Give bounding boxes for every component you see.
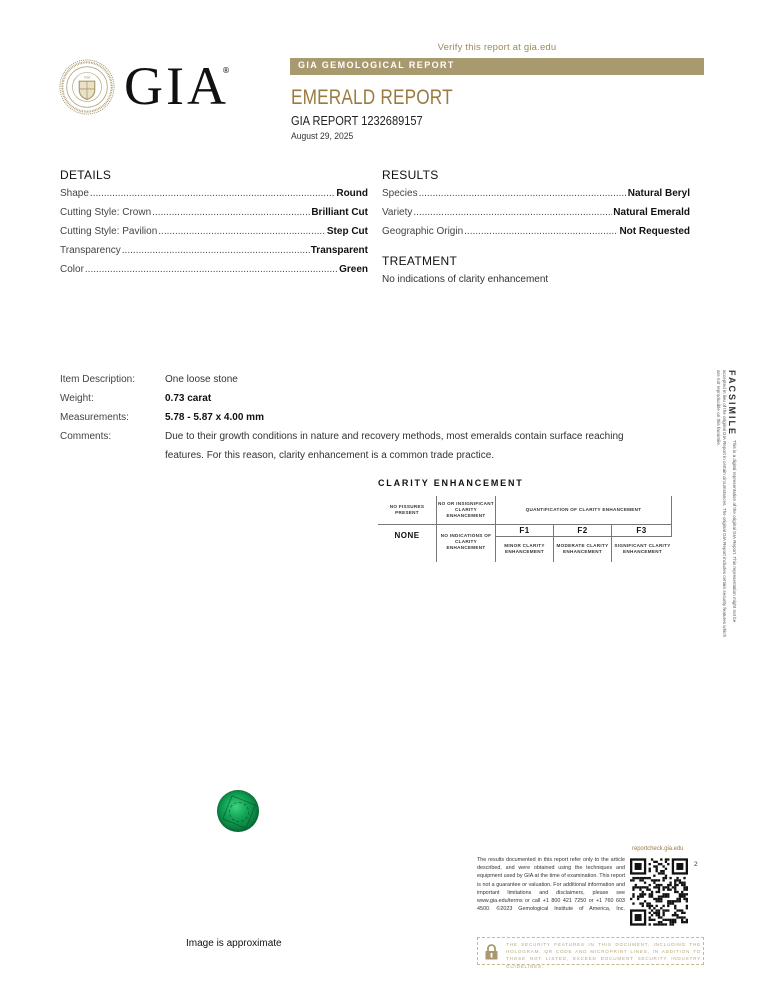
grade-f1-desc: MINOR CLARITY ENHANCEMENT <box>498 538 551 560</box>
result-value: Natural Emerald <box>613 207 690 218</box>
item-row-comments: Comments: Due to their growth conditions… <box>60 427 680 446</box>
item-label: Weight: <box>60 389 165 408</box>
results-title: RESULTS <box>382 168 690 182</box>
item-value: features. For this reason, clarity enhan… <box>165 446 494 465</box>
details-title: DETAILS <box>60 168 368 182</box>
treatment-title: TREATMENT <box>382 254 690 268</box>
seal-icon: GIA <box>58 58 116 116</box>
leader-dots <box>122 245 310 256</box>
detail-label: Cutting Style: Pavilion <box>60 226 157 237</box>
treatment-section: TREATMENT No indications of clarity enha… <box>382 254 690 285</box>
verify-link[interactable]: Verify this report at gia.edu <box>290 42 704 53</box>
detail-label: Shape <box>60 188 89 199</box>
treatment-text: No indications of clarity enhancement <box>382 274 690 285</box>
clarity-table: NO FISSURES PRESENT NO OR INSIGNIFICANT … <box>378 496 672 562</box>
item-label: Item Description: <box>60 370 165 389</box>
detail-row-color: ColorGreen <box>60 264 368 283</box>
item-row-description: Item Description: One loose stone <box>60 370 680 389</box>
facsimile-title: FACSIMILE <box>727 370 737 436</box>
detail-label: Cutting Style: Crown <box>60 207 151 218</box>
reportcheck-link[interactable]: reportcheck.gia.edu <box>632 845 683 852</box>
security-notice: THE SECURITY FEATURES IN THIS DOCUMENT, … <box>477 937 704 965</box>
leader-dots <box>464 226 618 237</box>
detail-label: Color <box>60 264 84 275</box>
detail-value: Brilliant Cut <box>311 207 368 218</box>
security-text: THE SECURITY FEATURES IN THIS DOCUMENT, … <box>506 941 701 970</box>
detail-value: Step Cut <box>327 226 368 237</box>
item-value: One loose stone <box>165 370 238 389</box>
header-no-enhancement: NO OR INSIGNIFICANT CLARITY ENHANCEMENT <box>437 496 495 524</box>
qr-number: 2 <box>694 861 698 868</box>
leader-dots <box>413 207 612 218</box>
gia-seal-logo: GIA <box>58 58 116 116</box>
grade-f2-desc: MODERATE CLARITY ENHANCEMENT <box>556 538 609 560</box>
item-value: 0.73 carat <box>165 389 211 408</box>
report-title: EMERALD REPORT <box>291 86 453 110</box>
header-quantification: QUANTIFICATION OF CLARITY ENHANCEMENT <box>496 496 671 524</box>
detail-value: Round <box>336 188 368 199</box>
result-label: Variety <box>382 207 412 218</box>
detail-row-shape: ShapeRound <box>60 188 368 207</box>
detail-row-transparency: TransparencyTransparent <box>60 245 368 264</box>
detail-row-pavilion: Cutting Style: PavilionStep Cut <box>60 226 368 245</box>
leader-dots <box>90 188 335 199</box>
result-row-variety: VarietyNatural Emerald <box>382 207 690 226</box>
leader-dots <box>158 226 326 237</box>
value-none: NONE <box>378 525 436 547</box>
detail-row-crown: Cutting Style: CrownBrilliant Cut <box>60 207 368 226</box>
result-row-species: SpeciesNatural Beryl <box>382 188 690 207</box>
result-label: Species <box>382 188 418 199</box>
facsimile-notice: FACSIMILEThis is a digital representatio… <box>707 370 737 640</box>
result-value: Not Requested <box>619 226 690 237</box>
detail-label: Transparency <box>60 245 121 256</box>
qr-code-icon <box>630 858 688 926</box>
report-type-band: GIA GEMOLOGICAL REPORT <box>290 58 704 75</box>
registered-mark: ® <box>222 66 230 75</box>
report-number: GIA REPORT 1232689157 <box>291 113 423 128</box>
grade-f3: F3 <box>612 525 671 536</box>
grade-f3-desc: SIGNIFICANT CLARITY ENHANCEMENT <box>614 538 671 560</box>
grade-f1: F1 <box>496 525 553 536</box>
gia-wordmark: GIA <box>124 55 229 117</box>
item-row-weight: Weight: 0.73 carat <box>60 389 680 408</box>
table-divider <box>671 496 672 524</box>
svg-text:GIA: GIA <box>84 75 91 79</box>
detail-value: Green <box>339 264 368 275</box>
disclaimer-paragraph: The results documented in this report re… <box>477 856 625 913</box>
results-section: RESULTS SpeciesNatural Beryl VarietyNatu… <box>382 168 690 245</box>
qr-code[interactable] <box>630 858 688 926</box>
item-value: 5.78 - 5.87 x 4.00 mm <box>165 408 264 427</box>
report-date: August 29, 2025 <box>291 131 353 142</box>
disclaimer-text: The results documented in this report re… <box>477 856 625 913</box>
details-section: DETAILS ShapeRound Cutting Style: CrownB… <box>60 168 368 283</box>
result-value: Natural Beryl <box>628 188 690 199</box>
item-description-section: Item Description: One loose stone Weight… <box>60 370 680 465</box>
clarity-title: CLARITY ENHANCEMENT <box>378 478 524 488</box>
lock-icon <box>485 944 498 960</box>
table-divider <box>495 536 672 537</box>
item-row-comments-cont: features. For this reason, clarity enhan… <box>60 446 680 465</box>
item-label: Measurements: <box>60 408 165 427</box>
header-no-fissures: NO FISSURES PRESENT <box>378 496 436 524</box>
grade-f2: F2 <box>554 525 611 536</box>
report-type-label: GIA GEMOLOGICAL REPORT <box>298 60 455 70</box>
leader-dots <box>152 207 310 218</box>
detail-value: Transparent <box>311 245 368 256</box>
leader-dots <box>419 188 627 199</box>
item-row-measurements: Measurements: 5.78 - 5.87 x 4.00 mm <box>60 408 680 427</box>
leader-dots <box>85 264 338 275</box>
item-label: Comments: <box>60 427 165 446</box>
image-caption: Image is approximate <box>186 938 282 949</box>
table-divider <box>671 524 672 536</box>
value-no-indications: NO INDICATIONS OF CLARITY ENHANCEMENT <box>437 525 495 559</box>
result-label: Geographic Origin <box>382 226 463 237</box>
result-row-origin: Geographic OriginNot Requested <box>382 226 690 245</box>
emerald-image <box>217 790 259 832</box>
item-value: Due to their growth conditions in nature… <box>165 427 624 446</box>
